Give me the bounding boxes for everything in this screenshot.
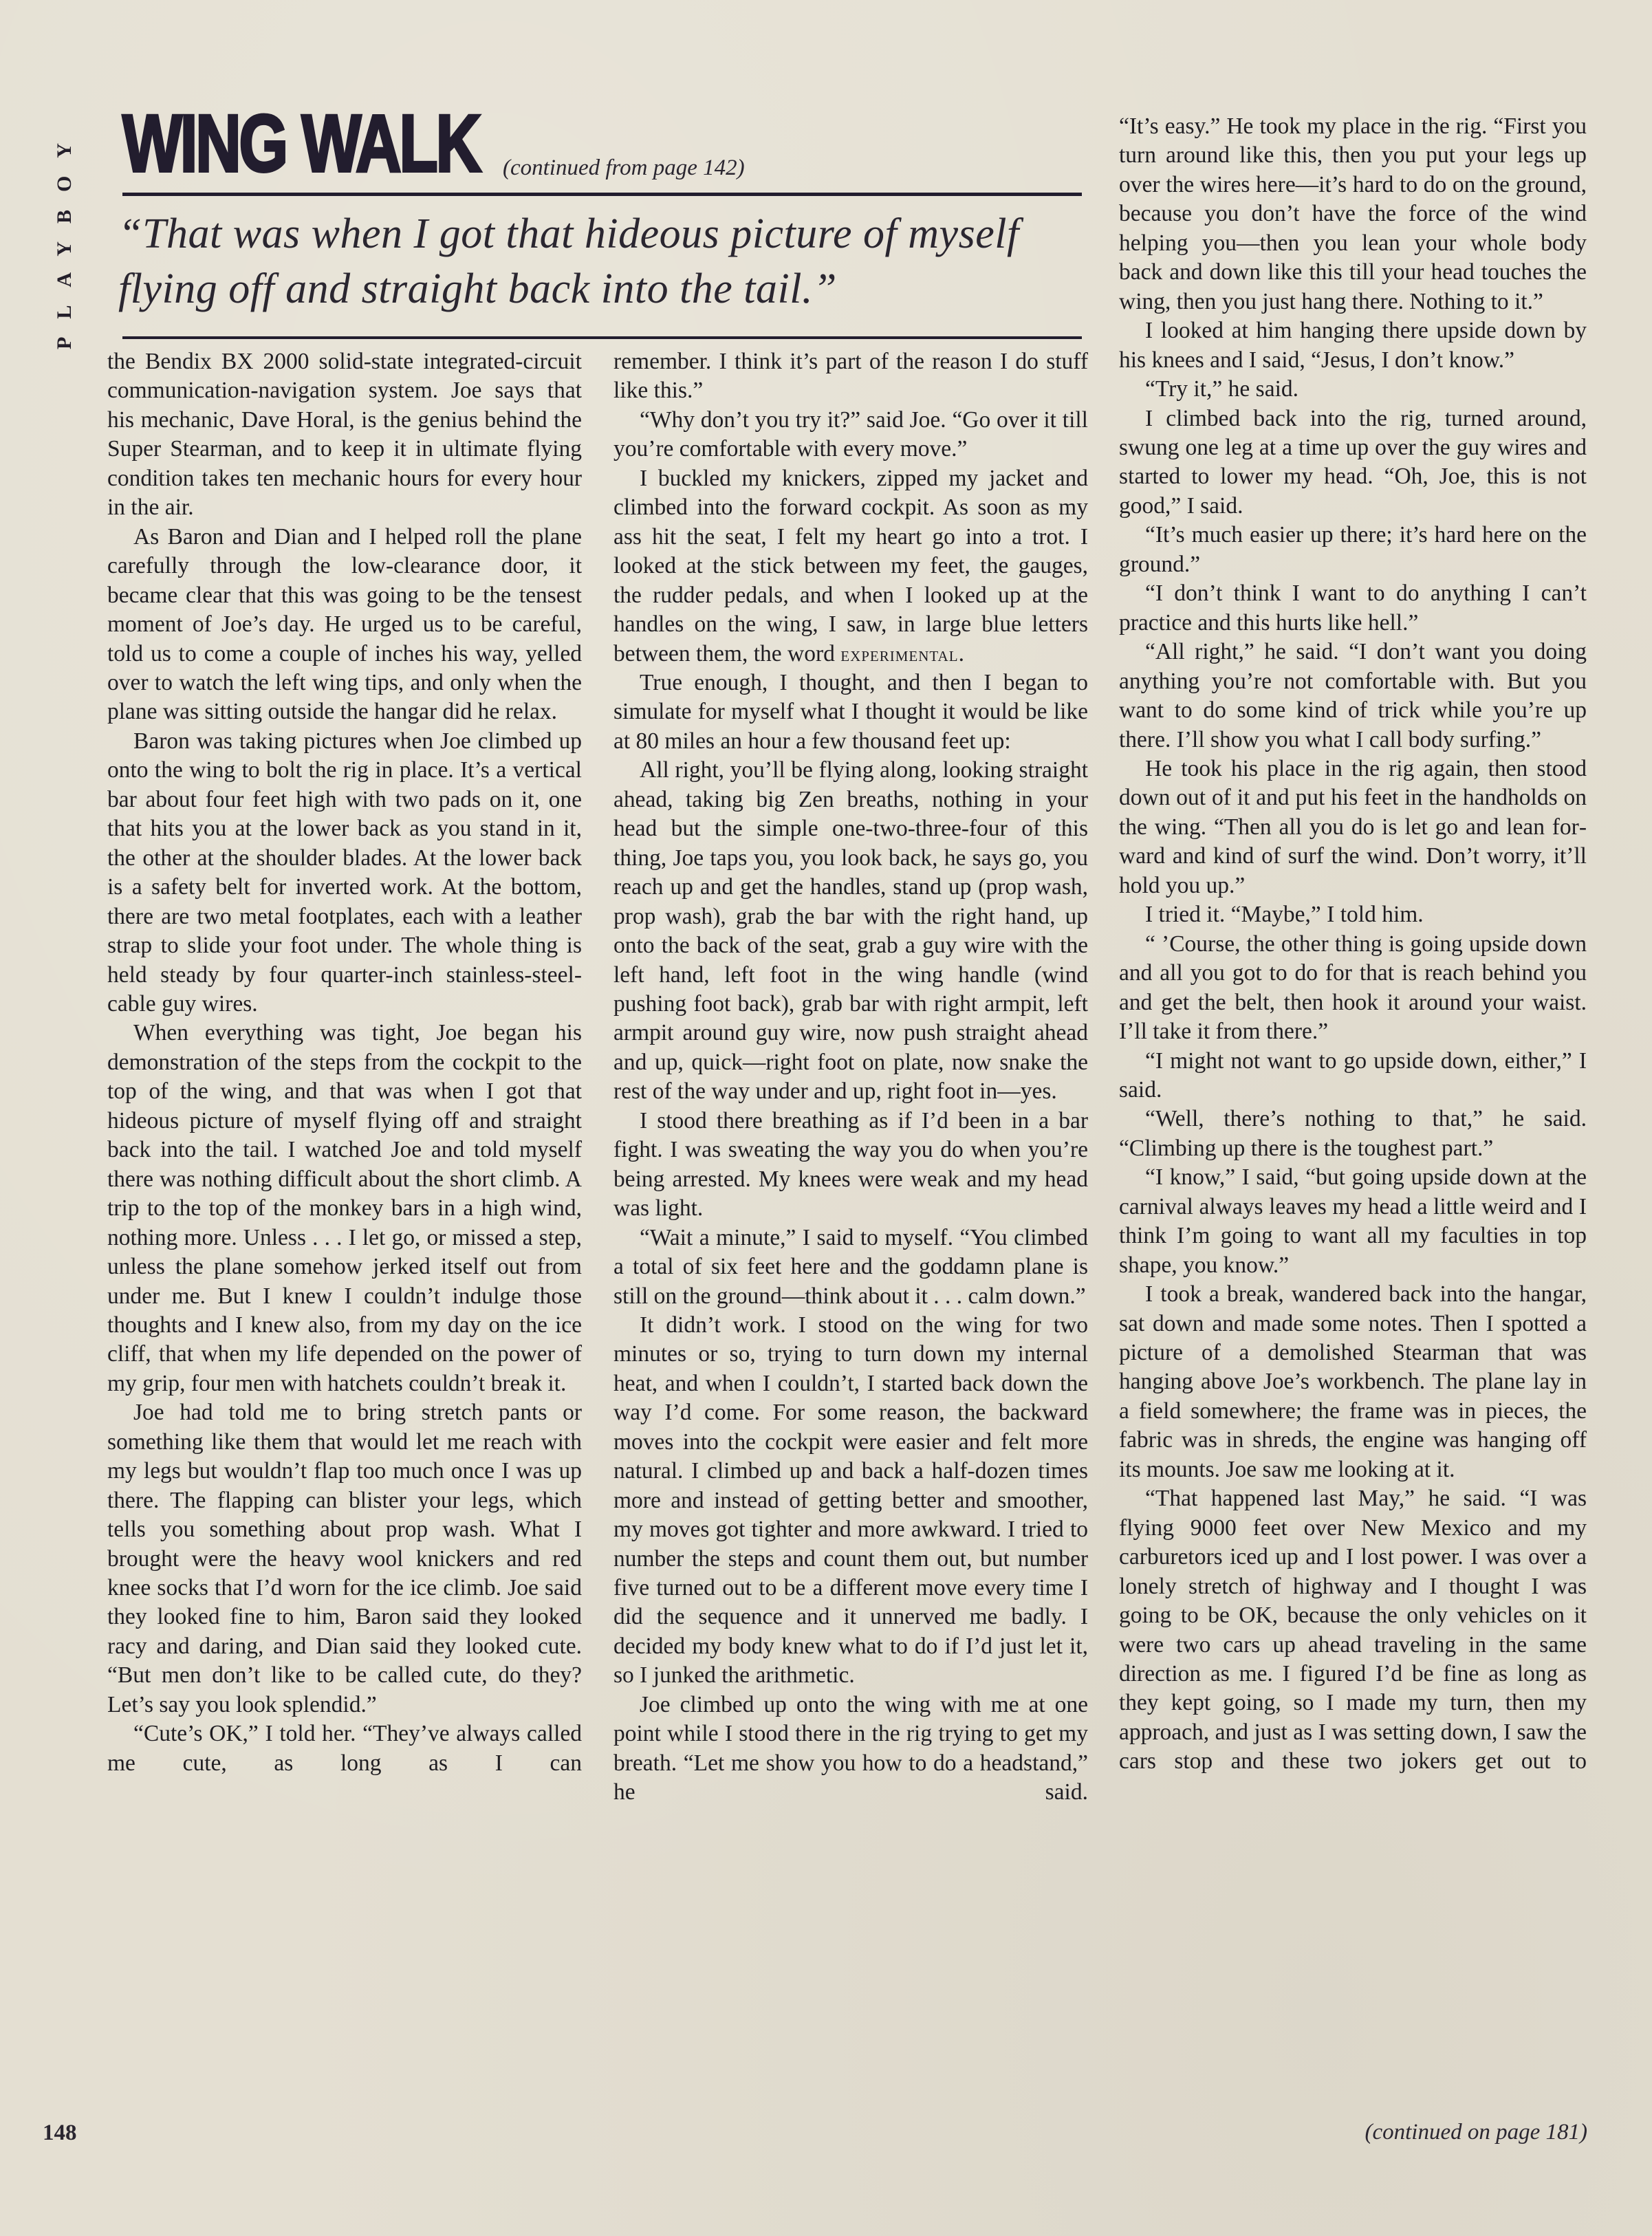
paragraph: It didn’t work. I stood on the wing for …	[613, 1311, 1088, 1691]
paragraph: “Cute’s OK,” I told her. “They’ve always…	[107, 1719, 582, 1778]
paragraph: Joe climbed up onto the wing with me at …	[613, 1691, 1088, 1808]
paragraph: I buckled my knickers, zipped my jacket …	[613, 464, 1088, 669]
paragraph: When everything was tight, Joe began his…	[107, 1019, 582, 1398]
paragraph: Joe had told me to bring stretch pants o…	[107, 1398, 582, 1719]
paragraph: As Baron and Dian and I helped roll the …	[107, 523, 582, 727]
article-header: WING WALK (continued from page 142)	[122, 113, 580, 175]
paragraph: “I know,” I said, “but going upside down…	[1119, 1163, 1587, 1280]
magazine-name: PLAYBOY	[53, 125, 76, 349]
paragraph: remember. I think it’s part of the reaso…	[613, 347, 1088, 406]
paragraph: I tried it. “Maybe,” I told him.	[1119, 900, 1587, 929]
pull-quote: “That was when I got that hideous pictur…	[118, 206, 1088, 316]
paragraph: “It’s easy.” He took my place in the rig…	[1119, 112, 1587, 316]
paragraph: I looked at him hanging there upside dow…	[1119, 316, 1587, 375]
paragraph: “It’s much easier up there; it’s hard he…	[1119, 521, 1587, 579]
paragraph: All right, you’ll be flying along, look­…	[613, 756, 1088, 1106]
paragraph: I took a break, wandered back into the h…	[1119, 1280, 1587, 1484]
text-column-2: remember. I think it’s part of the reaso…	[613, 347, 1088, 1808]
paragraph: “All right,” he said. “I don’t want you …	[1119, 638, 1587, 755]
page-number: 148	[43, 2120, 77, 2146]
paragraph: He took his place in the rig again, then…	[1119, 755, 1587, 900]
paragraph: “I don’t think I want to do anything I c…	[1119, 579, 1587, 638]
paragraph: “That happened last May,” he said. “I wa…	[1119, 1484, 1587, 1777]
continued-from-note: (continued from page 142)	[503, 155, 745, 181]
paragraph: “Wait a minute,” I said to myself. “You …	[613, 1224, 1088, 1311]
paragraph: Baron was taking pictures when Joe climb…	[107, 727, 582, 1019]
magazine-page: PLAYBOY WING WALK (continued from page 1…	[0, 0, 1652, 2236]
paragraph: “ ’Course, the other thing is going up­s…	[1119, 930, 1587, 1047]
paragraph: “Why don’t you try it?” said Joe. “Go ov…	[613, 406, 1088, 464]
text-column-3: “It’s easy.” He took my place in the rig…	[1119, 112, 1587, 1777]
paragraph: “I might not want to go upside down, eit…	[1119, 1047, 1587, 1105]
header-rule-top	[122, 193, 1082, 196]
text-column-1: the Bendix BX 2000 solid-state inte­grat…	[107, 347, 582, 1778]
article-title: WING WALK	[122, 113, 479, 175]
header-rule-bottom	[122, 336, 1082, 339]
paragraph: “Well, there’s nothing to that,” he said…	[1119, 1105, 1587, 1163]
paragraph: I climbed back into the rig, turned arou…	[1119, 404, 1587, 521]
paragraph: the Bendix BX 2000 solid-state inte­grat…	[107, 347, 582, 523]
paragraph: True enough, I thought, and then I began…	[613, 669, 1088, 756]
paragraph: “Try it,” he said.	[1119, 375, 1587, 404]
continued-on-note: (continued on page 181)	[1365, 2120, 1587, 2145]
emphasized-word: experimental	[840, 642, 958, 666]
paragraph: I stood there breathing as if I’d been i…	[613, 1107, 1088, 1224]
